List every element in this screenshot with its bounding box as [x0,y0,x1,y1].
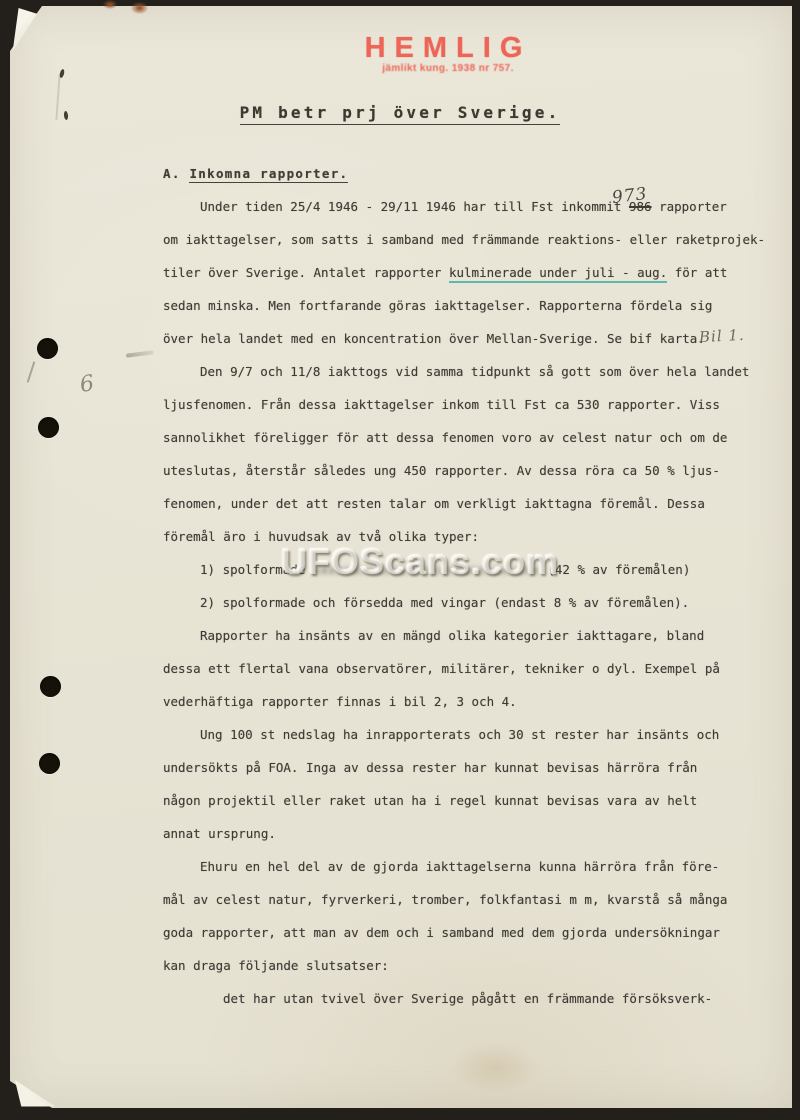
punch-hole [40,676,61,697]
document-line: undersökts på FOA. Inga av dessa rester … [163,751,783,784]
punch-hole [39,753,60,774]
document-line: tiler över Sverige. Antalet rapporter ku… [163,256,783,289]
document-line: om iakttagelser, som satts i samband med… [163,223,783,256]
text-segment: uteslutas, återstår således ung 450 rapp… [163,463,720,478]
text-segment: goda rapporter, att man av dem och i sam… [163,925,720,940]
watermark: UFOScans.com [281,541,559,583]
text-segment: mål av celest natur, fyrverkeri, tromber… [163,892,727,907]
text-segment: sannolikhet föreligger för att dessa fen… [163,430,727,445]
text-segment: A. [163,166,189,181]
rust-stain [131,2,148,14]
document-line: Under tiden 25/4 1946 - 29/11 1946 har t… [163,190,783,223]
text-segment: undersökts på FOA. Inga av dessa rester … [163,760,697,775]
text-segment: sedan minska. Men fortfarande göras iakt… [163,298,712,313]
text-segment: (42 % av föremålen) [540,562,691,577]
text-segment: om iakttagelser, som satts i samband med… [163,232,765,247]
document-line: vederhäftiga rapporter finnas i bil 2, 3… [163,685,783,718]
text-segment: någon projektil eller raket utan ha i re… [163,793,697,808]
document-line: A. Inkomna rapporter. [163,157,783,190]
scan-background: HEMLIG jämlikt kung. 1938 nr 757. PM bet… [0,0,800,1120]
text-segment: 2) spolformade och försedda med vingar (… [200,595,689,610]
text-segment: det har utan tvivel över Sverige pågått … [223,991,712,1006]
document-line: Ehuru en hel del av de gjorda iakttagels… [163,850,783,883]
document-line: annat ursprung. [163,817,783,850]
text-segment: Ehuru en hel del av de gjorda iakttagels… [200,859,719,874]
paper-stain [450,1042,540,1094]
document-line: 2) spolformade och försedda med vingar (… [163,586,783,619]
document-line: över hela landet med en koncentration öv… [163,322,783,355]
document-line: ljusfenomen. Från dessa iakttagelser ink… [163,388,783,421]
text-segment: Den 9/7 och 11/8 iakttogs vid samma tidp… [200,364,749,379]
text-segment: Inkomna rapporter. [189,166,348,183]
document-line: det har utan tvivel över Sverige pågått … [163,982,783,1015]
rust-stain [103,0,117,9]
document-line: goda rapporter, att man av dem och i sam… [163,916,783,949]
handwritten-attachment-note: Bil 1. [699,326,746,346]
text-segment: dessa ett flertal vana observatörer, mil… [163,661,720,676]
page-title-row: PM betr prj över Sverige. [0,103,800,125]
text-segment: över hela landet med en koncentration öv… [163,331,705,346]
document-line: Den 9/7 och 11/8 iakttogs vid samma tidp… [163,355,783,388]
text-segment: fenomen, under det att resten talar om v… [163,496,705,511]
text-segment: Ung 100 st nedslag ha inrapporterats och… [200,727,719,742]
stamp-subtext: jämlikt kung. 1938 nr 757. [358,62,538,76]
document-line: någon projektil eller raket utan ha i re… [163,784,783,817]
document-line: uteslutas, återstår således ung 450 rapp… [163,454,783,487]
text-segment: annat ursprung. [163,826,276,841]
text-segment: tiler över Sverige. Antalet rapporter [163,265,449,280]
document-line: dessa ett flertal vana observatörer, mil… [163,652,783,685]
text-segment: för att [667,265,727,280]
document-line: sannolikhet föreligger för att dessa fen… [163,421,783,454]
stamp-text: HEMLIG [358,34,538,62]
handwritten-correction: 973 [611,184,649,208]
document-line: mål av celest natur, fyrverkeri, tromber… [163,883,783,916]
punch-hole [38,417,59,438]
text-segment: vederhäftiga rapporter finnas i bil 2, 3… [163,694,517,709]
document-body: A. Inkomna rapporter.Under tiden 25/4 19… [163,157,783,1015]
text-segment: ljusfenomen. Från dessa iakttagelser ink… [163,397,720,412]
document-line: Ung 100 st nedslag ha inrapporterats och… [163,718,783,751]
text-segment: Under tiden 25/4 1946 - 29/11 1946 har t… [200,199,629,214]
text-segment: rapporter [652,199,727,214]
document-line: sedan minska. Men fortfarande göras iakt… [163,289,783,322]
punch-hole [37,338,58,359]
text-segment: kan draga följande slutsatser: [163,958,389,973]
document-line: Rapporter ha insänts av en mängd olika k… [163,619,783,652]
page-title: PM betr prj över Sverige. [240,103,561,125]
secrecy-stamp: HEMLIG jämlikt kung. 1938 nr 757. [358,34,538,76]
document-line: fenomen, under det att resten talar om v… [163,487,783,520]
text-segment: Rapporter ha insänts av en mängd olika k… [200,628,704,643]
document-line: kan draga följande slutsatser: [163,949,783,982]
text-segment: kulminerade under juli - aug. [449,265,667,283]
